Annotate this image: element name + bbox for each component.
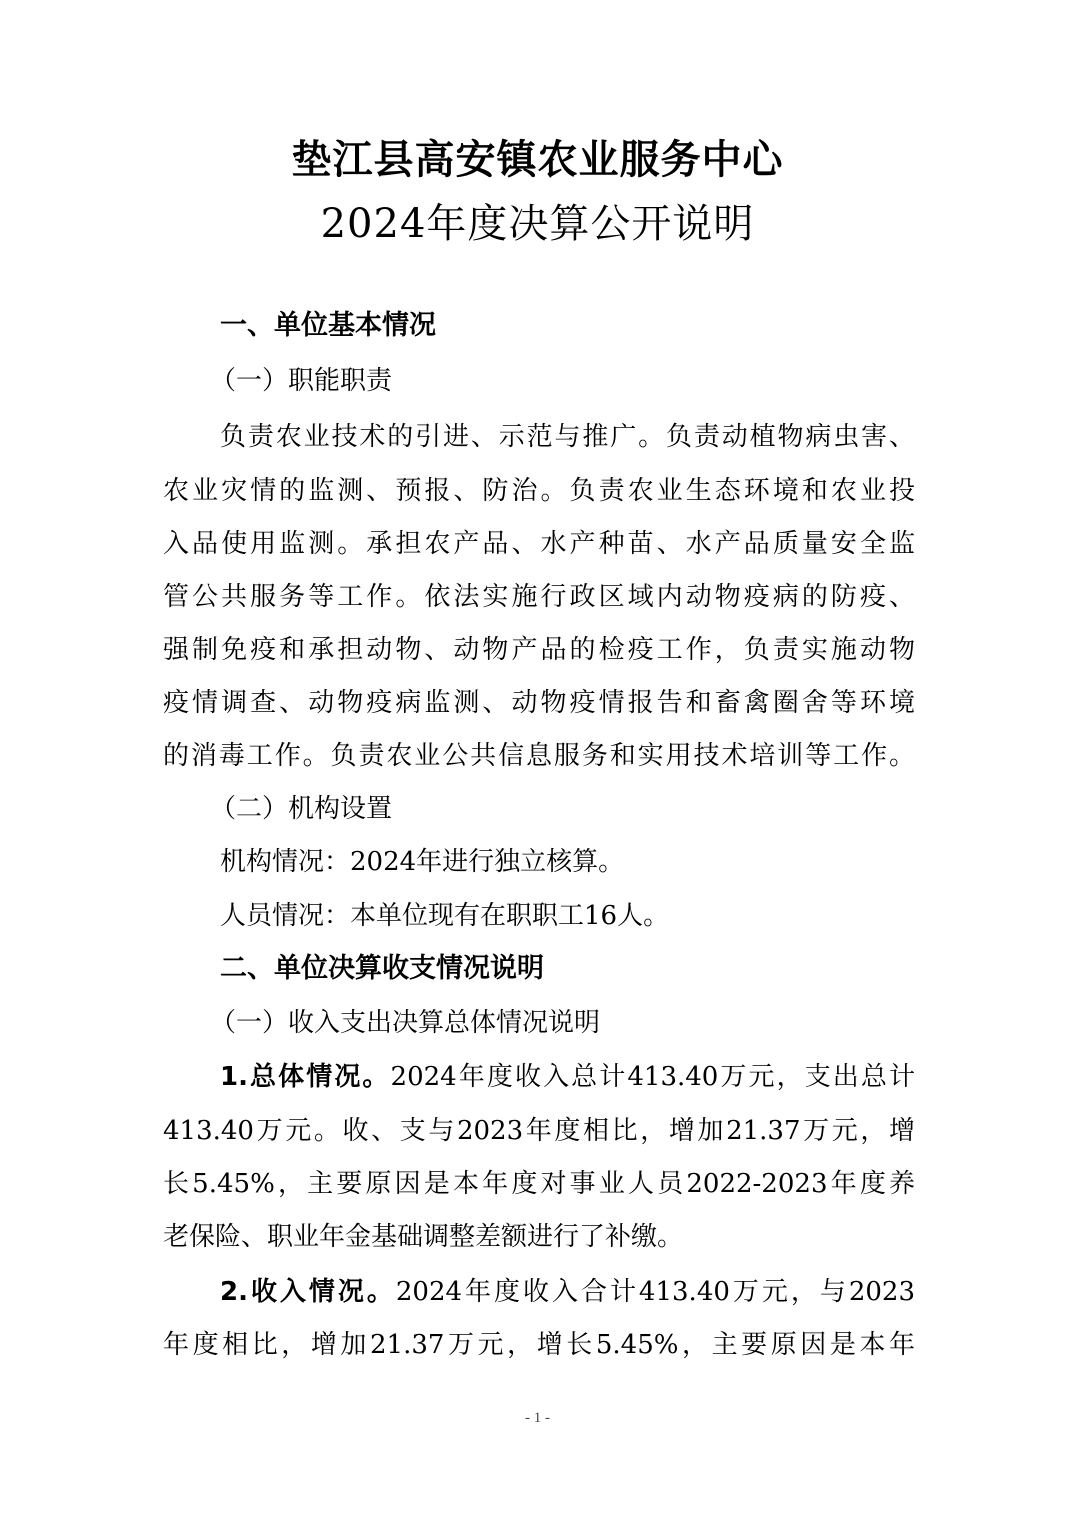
- organization-status: 机构情况：2024年进行独立核算。: [220, 845, 915, 879]
- overall-line: 长5.45%，主要原因是本年度对事业人员2022-2023年度养: [163, 1167, 915, 1201]
- overall-line: 老保险、职业年金基础调整差额进行了补缴。: [163, 1220, 915, 1254]
- section-heading-basic-info: 一、单位基本情况: [220, 309, 915, 343]
- section-heading-income-expense: 二、单位决算收支情况说明: [220, 952, 915, 986]
- duties-line: 负责农业技术的引进、示范与推广。负责动植物病虫害、: [220, 420, 915, 454]
- income-lead: 2.收入情况。: [220, 1277, 396, 1307]
- overall-line: 413.40万元。收、支与2023年度相比，增加21.37万元，增: [163, 1114, 915, 1148]
- staff-status: 人员情况：本单位现有在职职工16人。: [220, 899, 915, 933]
- overall-lead: 1.总体情况。: [220, 1062, 391, 1092]
- duties-line: 强制免疫和承担动物、动物产品的检疫工作，负责实施动物: [163, 633, 915, 667]
- page-number: - 1 -: [0, 1410, 1075, 1427]
- subheading-duties: （一）职能职责: [210, 364, 962, 398]
- duties-line: 农业灾情的监测、预报、防治。负责农业生态环境和农业投: [163, 474, 915, 508]
- income-text: 2024年度收入合计413.40万元，与2023: [396, 1277, 915, 1307]
- income-line: 年度相比，增加21.37万元，增长5.45%，主要原因是本年: [163, 1328, 915, 1362]
- subheading-organization: （二）机构设置: [210, 792, 962, 826]
- overall-text: 2024年度收入总计413.40万元，支出总计: [391, 1062, 915, 1092]
- duties-line: 的消毒工作。负责农业公共信息服务和实用技术培训等工作。: [163, 739, 915, 773]
- duties-line: 管公共服务等工作。依法实施行政区域内动物疫病的防疫、: [163, 580, 915, 614]
- document-subtitle: 2024年度决算公开说明: [0, 200, 1075, 248]
- duties-line: 疫情调查、动物疫病监测、动物疫情报告和畜禽圈舍等环境: [163, 686, 915, 720]
- overall-paragraph-first-line: 1.总体情况。2024年度收入总计413.40万元，支出总计: [220, 1060, 915, 1094]
- income-paragraph-first-line: 2.收入情况。2024年度收入合计413.40万元，与2023: [220, 1275, 915, 1309]
- document-page: 垫江县高安镇农业服务中心 2024年度决算公开说明 一、单位基本情况 （一）职能…: [0, 0, 1075, 1520]
- duties-line: 入品使用监测。承担农产品、水产种苗、水产品质量安全监: [163, 527, 915, 561]
- document-title: 垫江县高安镇农业服务中心: [0, 136, 1075, 184]
- subheading-overall: （一）收入支出决算总体情况说明: [210, 1006, 962, 1040]
